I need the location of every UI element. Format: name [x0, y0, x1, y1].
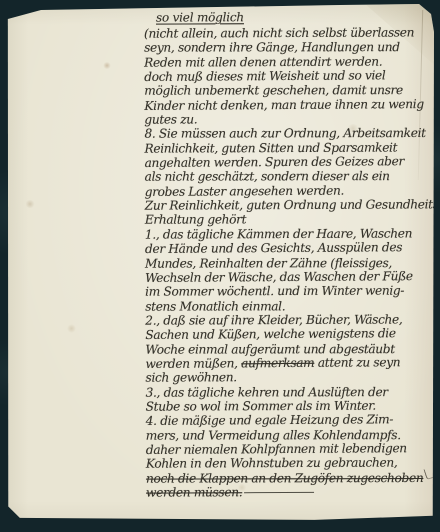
handwriting-block: so viel möglich (nicht allein, auch nich… — [144, 8, 438, 500]
manuscript-line: im Sommer wöchentl. und im Winter wenig- — [145, 284, 437, 300]
manuscript-line: sich gewöhnen. — [146, 370, 438, 386]
manuscript-line: Kinder nicht denken, man traue ihnen zu … — [144, 97, 436, 113]
manuscript-line: angehalten werden. Spuren des Geizes abe… — [145, 154, 437, 170]
manuscript-line: Zur Reinlichkeit, guten Ordnung und Gesu… — [145, 197, 437, 213]
manuscript-line: stens Monatlich einmal. — [145, 299, 437, 314]
manuscript-line: Mundes, Reinhalten der Zähne (fleissiges… — [145, 255, 437, 270]
manuscript-line: möglich unbemerkt geschehen, damit unsre — [144, 83, 436, 98]
paper-stain — [67, 324, 76, 333]
manuscript-line: gutes zu. — [144, 111, 436, 127]
manuscript-line: Wechseln der Wäsche, das Waschen der Füß… — [145, 269, 437, 285]
ink-blot — [103, 62, 111, 69]
manuscript-line: seyn, sondern ihre Gänge, Handlungen und — [144, 40, 436, 55]
manuscript-line: der Hände und des Gesichts, Ausspülen de… — [145, 240, 437, 256]
manuscript-line-struck: noch die Klappen an den Zugöfen zugescho… — [146, 471, 438, 486]
manuscript-line: (nicht allein, auch nicht sich selbst üb… — [144, 25, 436, 41]
manuscript-line: daher niemalen Kohlpfannen mit lebendige… — [146, 441, 438, 457]
ink-blot — [25, 200, 35, 208]
manuscript-line: grobes Laster angesehen werden. — [145, 183, 437, 199]
manuscript-heading: so viel möglich — [156, 8, 436, 26]
manuscript-line: 8. Sie müssen auch zur Ordnung, Arbeitsa… — [144, 126, 436, 141]
manuscript-line: 3., das tägliche kehren und Auslüften de… — [146, 385, 438, 400]
manuscript-line: doch muß dieses mit Weisheit und so viel — [144, 68, 436, 84]
line-text-after-correction: attent zu seyn — [314, 355, 400, 370]
manuscript-line: 4. die mäßige und egale Heizung des Zim- — [146, 412, 438, 428]
manuscript-line-struck: werden müssen. — [146, 484, 438, 500]
manuscript-line: Sachen und Küßen, welche wenigstens die — [145, 326, 437, 342]
manuscript-line: Erhaltung gehört — [145, 212, 437, 227]
manuscript-line-with-correction: werden müßen, aufmerksam attent zu seyn — [145, 355, 437, 371]
manuscript-line: Kohlen in den Wohnstuben zu gebrauchen, — [146, 456, 438, 472]
crossed-out-word: aufmerksam — [241, 356, 314, 371]
manuscript-sheet: so viel möglich (nicht allein, auch nich… — [7, 4, 434, 522]
line-text-before-correction: werden müßen, — [145, 356, 241, 371]
manuscript-line: als nicht geschätzt, sondern dieser als … — [145, 169, 437, 184]
